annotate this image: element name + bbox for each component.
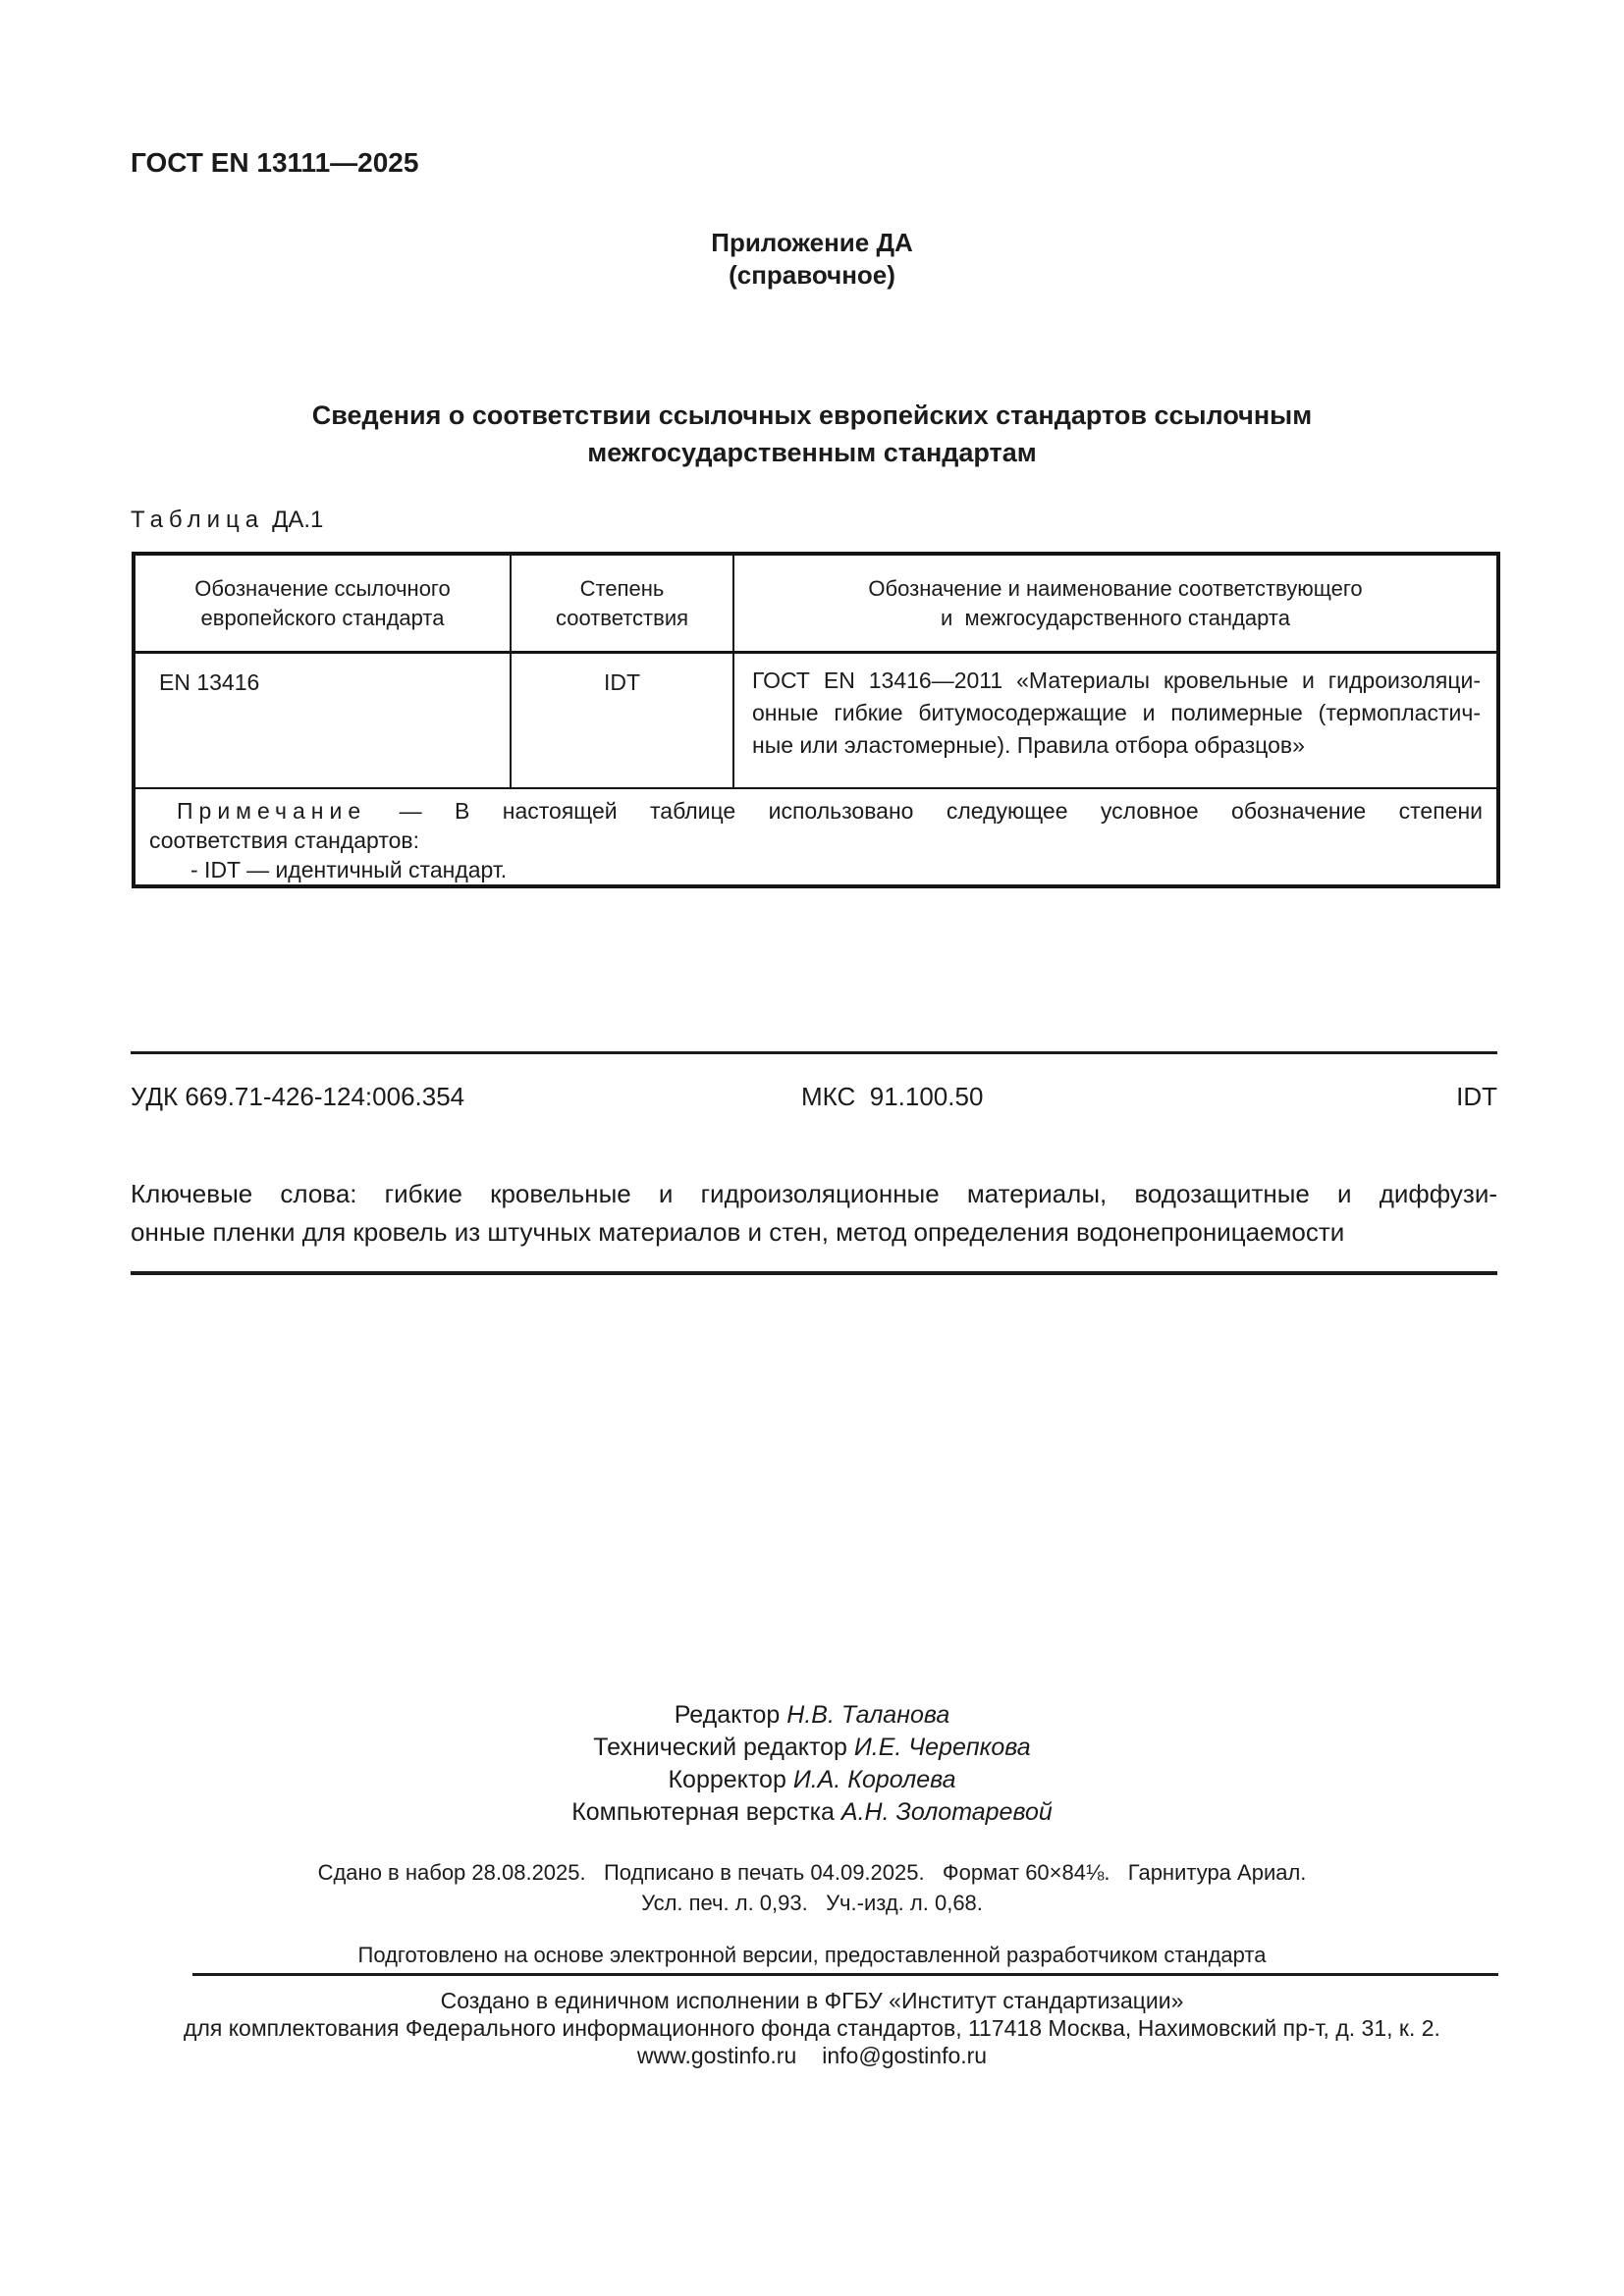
table-note-row: Примечание — В настоящей таблице использ…: [134, 788, 1498, 886]
credit-corrector: Корректор И.А. Королева: [0, 1764, 1624, 1796]
note-item: - IDT — идентичный стандарт.: [149, 855, 1483, 884]
credit-role: Компьютерная верстка: [571, 1798, 835, 1826]
horizontal-rule-keywords: [131, 1271, 1497, 1275]
keywords-line1: Ключевые слова: гибкие кровельные и гидр…: [131, 1175, 1497, 1213]
credits-block: Редактор Н.В. Таланова Технический редак…: [0, 1699, 1624, 1829]
credit-name: И.А. Королева: [793, 1766, 956, 1793]
credit-editor: Редактор Н.В. Таланова: [0, 1699, 1624, 1732]
classification-codes: УДК 669.71-426-124:006.354 МКС 91.100.50…: [131, 1082, 1497, 1115]
credit-layout: Компьютерная верстка А.Н. Золотаревой: [0, 1796, 1624, 1829]
table-caption-word: Таблица: [131, 507, 264, 533]
note-line2: соответствия стандартов:: [149, 826, 1483, 855]
table-caption: ТаблицаДА.1: [131, 507, 323, 534]
email-link: info@gostinfo.ru: [822, 2043, 987, 2068]
publisher-line1: Создано в единичном исполнении в ФГБУ «И…: [0, 1987, 1624, 2014]
idt-code: IDT: [1456, 1082, 1497, 1112]
table-header-gost-standard: Обозначение и наименование соответствующ…: [733, 554, 1498, 653]
cell-eu-standard: EN 13416: [134, 653, 511, 789]
annex-title: Приложение ДА: [0, 227, 1624, 259]
publisher-contacts: www.gostinfo.ruinfo@gostinfo.ru: [0, 2042, 1624, 2069]
credit-name: И.Е. Черепкова: [854, 1734, 1031, 1761]
horizontal-rule-footer: [192, 1973, 1498, 1976]
note-label: Примечание: [177, 798, 366, 824]
prepared-note: Подготовлено на основе электронной верси…: [0, 1943, 1624, 1968]
imprint-line1: Сдано в набор 28.08.2025. Подписано в пе…: [0, 1857, 1624, 1888]
table-caption-number: ДА.1: [272, 507, 323, 533]
annex-type: (справочное): [0, 259, 1624, 292]
cell-gost-standard: ГОСТ EN 13416—2011 «Материалы кровельные…: [733, 653, 1498, 789]
note-line1: Примечание — В настоящей таблице использ…: [149, 796, 1483, 826]
correspondence-table: Обозначение ссылочного европейского стан…: [132, 552, 1500, 888]
imprint-block: Сдано в набор 28.08.2025. Подписано в пе…: [0, 1857, 1624, 1918]
keywords-line2: онные пленки для кровель из штучных мате…: [131, 1213, 1497, 1252]
credit-role: Корректор: [668, 1766, 785, 1793]
table-row: EN 13416 IDT ГОСТ EN 13416—2011 «Материа…: [134, 653, 1498, 789]
publisher-block: Создано в единичном исполнении в ФГБУ «И…: [0, 1987, 1624, 2069]
table-header-row: Обозначение ссылочного европейского стан…: [134, 554, 1498, 653]
udk-code: УДК 669.71-426-124:006.354: [131, 1082, 464, 1112]
imprint-line2: Усл. печ. л. 0,93. Уч.-изд. л. 0,68.: [0, 1888, 1624, 1918]
publisher-line2: для комплектования Федерального информац…: [0, 2014, 1624, 2042]
mks-code: МКС 91.100.50: [801, 1082, 983, 1112]
credit-role: Технический редактор: [593, 1734, 847, 1761]
credit-role: Редактор: [675, 1701, 781, 1729]
table-header-degree: Степень соответствия: [511, 554, 733, 653]
annex-heading: Приложение ДА (справочное): [0, 227, 1624, 292]
credit-technical-editor: Технический редактор И.Е. Черепкова: [0, 1732, 1624, 1764]
section-title-line1: Сведения о соответствии ссылочных европе…: [0, 397, 1624, 434]
note-body: — В настоящей таблице использовано следу…: [400, 798, 1483, 824]
cell-degree: IDT: [511, 653, 733, 789]
section-title: Сведения о соответствии ссылочных европе…: [0, 397, 1624, 471]
table-header-eu-standard: Обозначение ссылочного европейского стан…: [134, 554, 511, 653]
running-head: ГОСТ EN 13111—2025: [131, 147, 418, 179]
website-link: www.gostinfo.ru: [637, 2043, 796, 2068]
credit-name: Н.В. Таланова: [786, 1701, 949, 1729]
horizontal-rule-top: [131, 1051, 1497, 1054]
table-note: Примечание — В настоящей таблице использ…: [134, 788, 1498, 886]
keywords-paragraph: Ключевые слова: гибкие кровельные и гидр…: [131, 1175, 1497, 1252]
credit-name: А.Н. Золотаревой: [841, 1798, 1053, 1826]
document-page: ГОСТ EN 13111—2025 Приложение ДА (справо…: [0, 0, 1624, 2296]
section-title-line2: межгосударственным стандартам: [0, 434, 1624, 471]
